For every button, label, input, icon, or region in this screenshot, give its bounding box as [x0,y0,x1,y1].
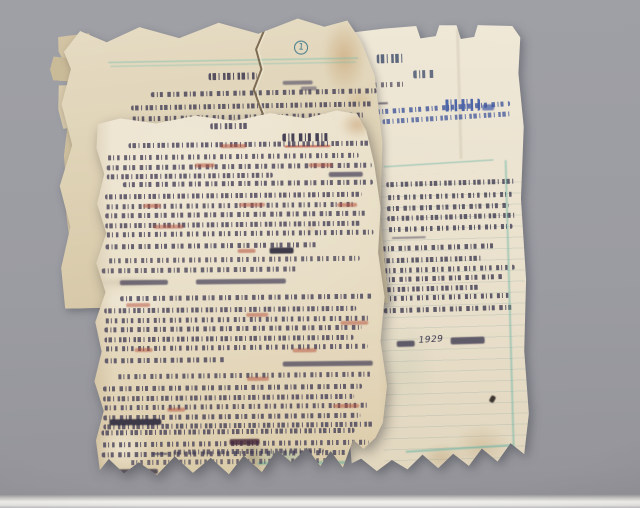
handwritten-line [130,458,330,465]
handwritten-line [128,141,374,149]
handwritten-line [174,448,324,455]
ink-mark [451,337,485,345]
ink-mark [333,404,359,408]
handwritten-line [103,384,362,392]
ink-mark [167,408,185,412]
handwritten-line [105,230,373,238]
year-inscription: 1929 [418,334,443,346]
ink-mark [340,321,368,325]
ink-mark [283,361,373,367]
handwritten-line [210,123,248,129]
handwritten-line [107,153,359,161]
ink-mark [246,313,268,317]
ink-mark [456,29,462,159]
handwritten-line [123,180,373,188]
ink-mark [135,348,153,352]
ink-mark [230,439,260,445]
ink-mark [100,469,158,475]
ink-mark [126,303,150,307]
ink-mark [258,461,368,465]
handwritten-line [104,325,361,333]
paper-stain [340,111,374,139]
ink-mark [384,159,494,167]
ink-mark [293,348,317,352]
ink-mark [220,144,246,148]
ink-mark [239,203,265,207]
ink-mark [270,247,294,253]
page-front [90,104,394,477]
handwritten-line [103,393,354,401]
ink-mark [309,163,333,167]
ink-mark [337,203,357,207]
handwritten-line [382,111,510,124]
paper-stain [288,105,310,117]
photograph-of-manuscripts: 1929 1 [0,0,640,508]
ink-mark [397,341,415,348]
ink-mark [109,419,161,425]
ink-mark [120,280,168,286]
handwritten-line [105,220,360,228]
ink-mark [247,377,269,381]
handwritten-line [117,372,373,380]
ink-mark [153,225,183,229]
table-edge-strip [0,494,640,508]
ink-mark [238,249,256,253]
handwritten-line [105,357,226,363]
handwritten-line [413,70,435,79]
handwritten-line [107,173,273,180]
handwritten-line [103,403,368,411]
handwritten-line [108,256,360,264]
ink-mark [329,172,363,177]
ink-mark [195,163,215,167]
ink-mark [152,453,168,455]
ink-mark [143,204,161,208]
handwritten-line [105,192,362,200]
handwritten-line [105,211,368,219]
handwritten-line [102,266,300,273]
ink-mark [196,279,286,285]
handwritten-line [104,334,353,342]
